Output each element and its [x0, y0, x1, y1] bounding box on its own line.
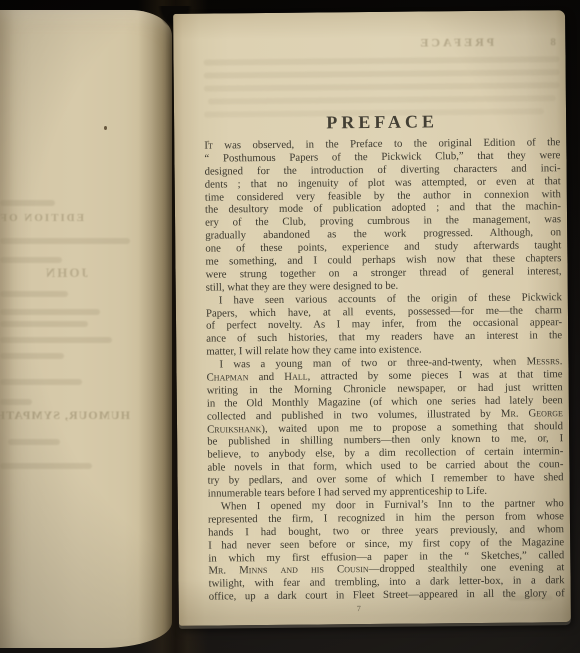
page-title: PREFACE [204, 110, 560, 134]
ghost-line [204, 82, 560, 91]
small-caps-name: Messrs. [526, 355, 562, 367]
book-photo: EDITION OF JOHN HUMOUR, SYMPATHY, AND PR… [0, 0, 580, 653]
ghost-text-john: JOHN [8, 265, 88, 281]
small-caps-name: It [204, 140, 213, 152]
ghost-line [0, 291, 68, 297]
ghost-line [0, 238, 130, 244]
ghost-page-number: 8 [550, 36, 556, 48]
ghost-line [0, 353, 64, 359]
small-caps-name: Mr. Minns and his Cousin [208, 563, 368, 577]
left-page: EDITION OF JOHN HUMOUR, SYMPATHY, AND [0, 10, 172, 648]
ghost-text-humour: HUMOUR, SYMPATHY, AND [0, 408, 130, 423]
ghost-line [204, 69, 560, 78]
small-caps-name: Hall [284, 371, 307, 383]
ghost-line [208, 95, 556, 104]
ghost-line [0, 337, 112, 343]
ghost-header-preface: PREFACE [417, 35, 494, 51]
paper-speck [104, 126, 107, 130]
ghost-line [0, 463, 92, 469]
ghost-text-edition: EDITION OF [0, 212, 84, 224]
signature-mark: 7 [209, 603, 509, 615]
small-caps-name: Chapman [207, 371, 249, 383]
ghost-line [0, 379, 82, 385]
text-line: office, up a dark court in Fleet Street—… [209, 587, 565, 603]
small-caps-name: Mr. George [501, 407, 563, 420]
right-page: PREFACE 8 PREFACE It was observed, in th… [173, 10, 571, 626]
ghost-line [0, 200, 55, 206]
small-caps-name: Cruikshank [207, 423, 261, 436]
ghost-line [0, 321, 88, 327]
preface-body: It was observed, in the Preface to the o… [204, 136, 564, 603]
ghost-line [0, 257, 62, 263]
ghost-line [8, 439, 60, 445]
ghost-line [204, 56, 560, 65]
ghost-line [0, 399, 32, 405]
ghost-line [0, 309, 100, 315]
